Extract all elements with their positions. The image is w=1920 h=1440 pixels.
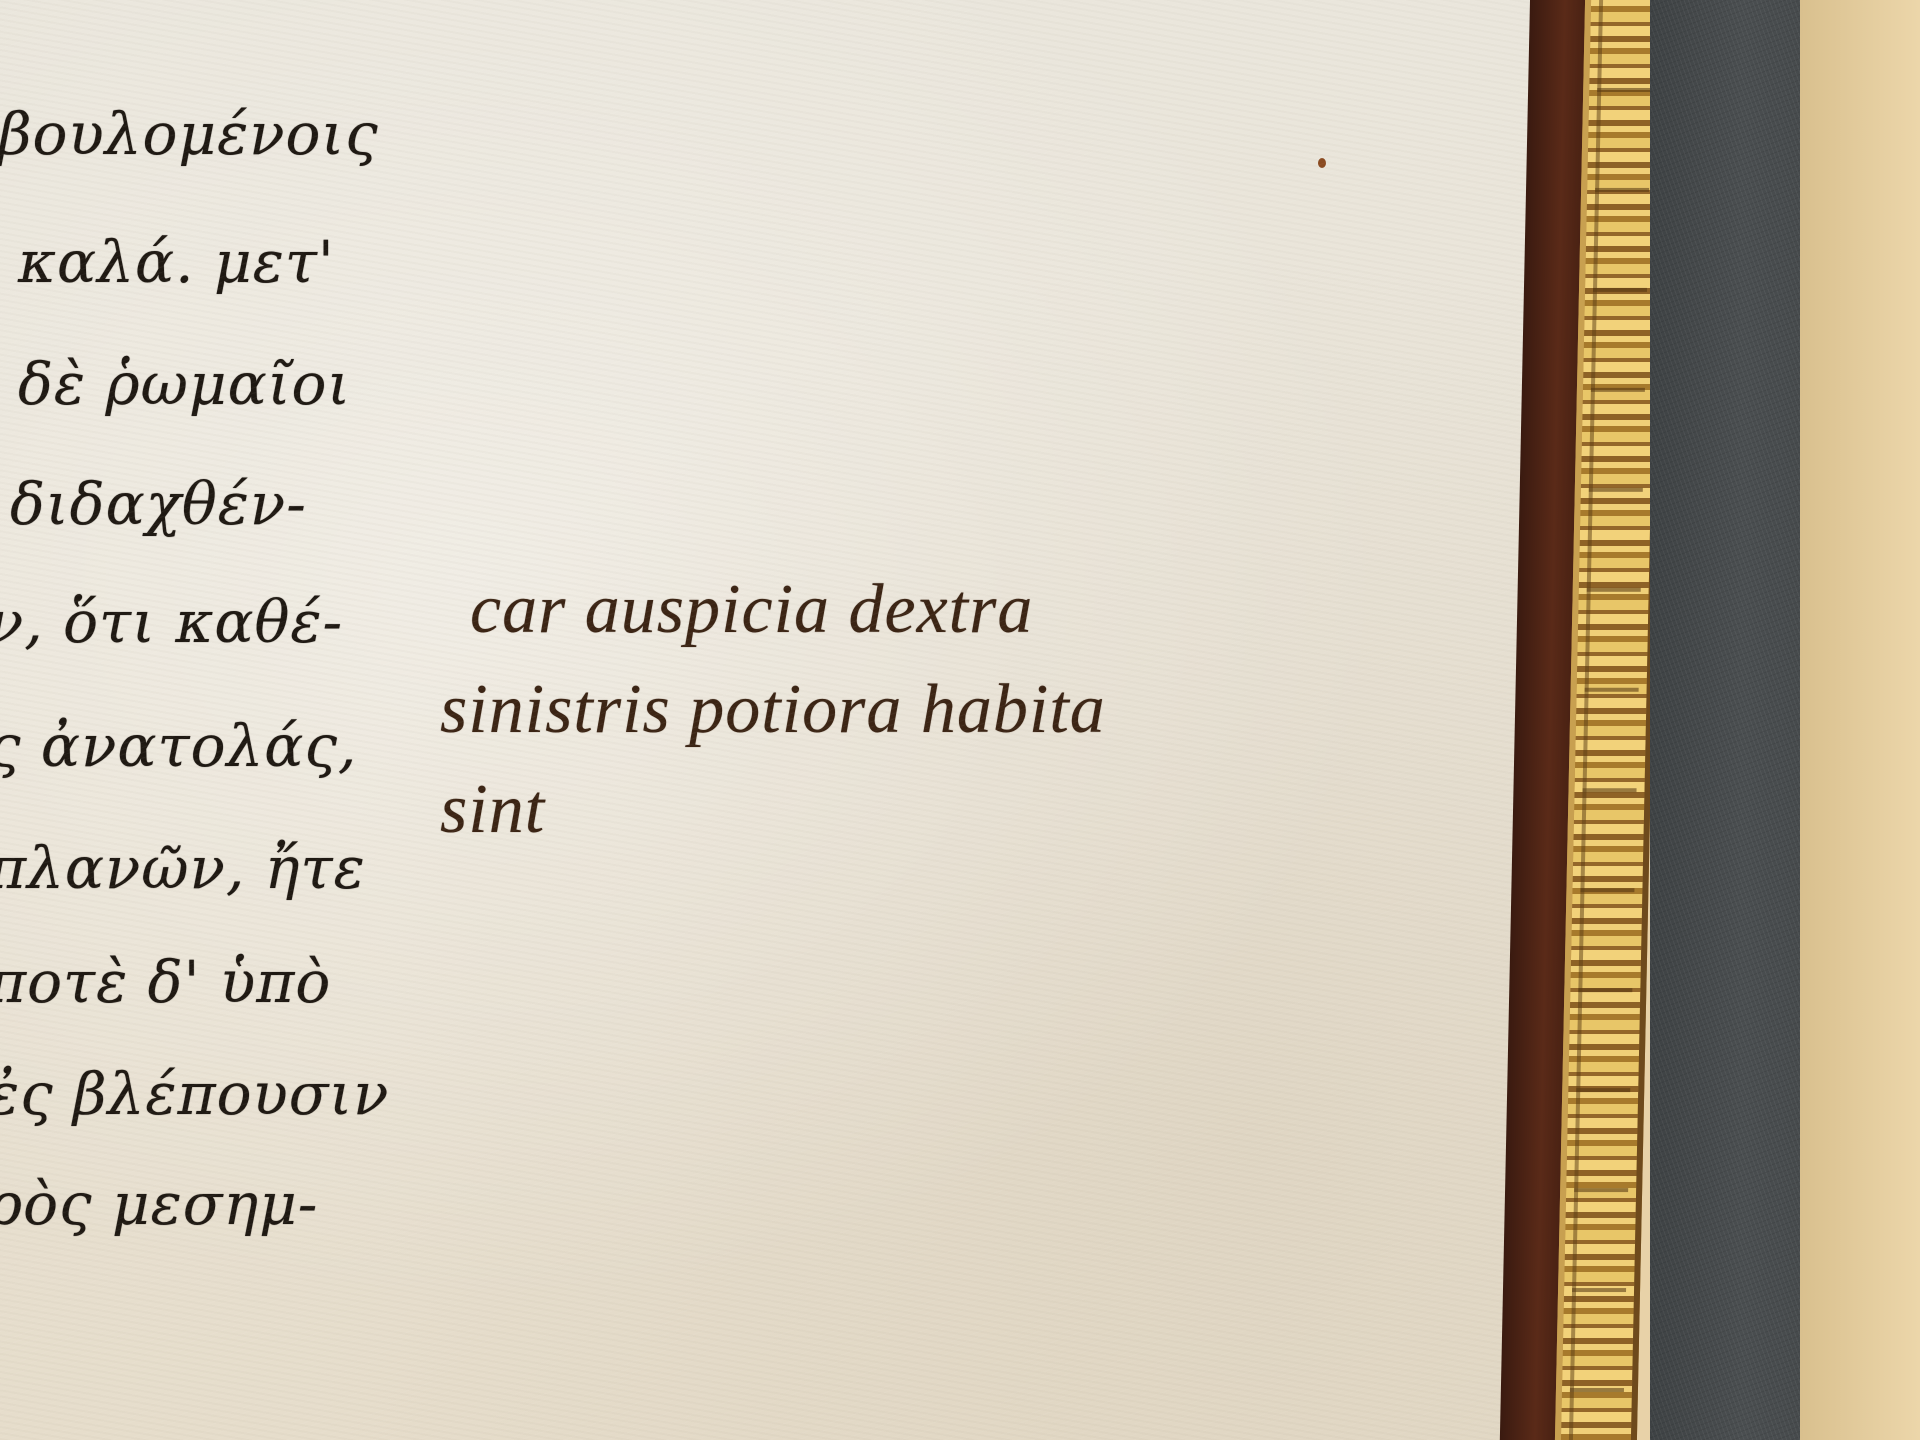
greek-line: διδαχθέν- (10, 470, 307, 538)
greek-line: ς ἀνατολάς, (0, 712, 357, 780)
marginal-note-line: car auspicia dextra (470, 570, 1033, 650)
manuscript-photo: βουλομένοις καλά. μετ' δὲ ῥωμαῖοι διδαχθ… (0, 0, 1920, 1440)
greek-line: ρὸς μεσημ- (0, 1170, 318, 1238)
greek-line: ἐς βλέπουσιν (0, 1060, 389, 1128)
marginal-note-line: sinistris potiora habita (440, 670, 1106, 750)
greek-line: ν, ὅτι καθέ- (0, 588, 343, 656)
greek-line: καλά. μετ' (18, 228, 335, 296)
greek-line: βουλομένοις (0, 100, 379, 168)
manuscript-page: βουλομένοις καλά. μετ' δὲ ῥωμαῖοι διδαχθ… (0, 0, 1560, 1440)
greek-line: πλανῶν, ἤτε (0, 834, 366, 902)
greek-text-column: βουλομένοις καλά. μετ' δὲ ῥωμαῖοι διδαχθ… (0, 0, 418, 1440)
background-surface (1800, 0, 1920, 1440)
greek-line: δὲ ῥωμαῖοι (18, 350, 351, 418)
latin-marginal-note: car auspicia dextra sinistris potiora ha… (440, 520, 1490, 940)
ink-spot (1318, 158, 1326, 168)
marginal-note-line: sint (440, 770, 545, 850)
greek-line: ποτὲ δ' ὑπὸ (0, 948, 331, 1016)
